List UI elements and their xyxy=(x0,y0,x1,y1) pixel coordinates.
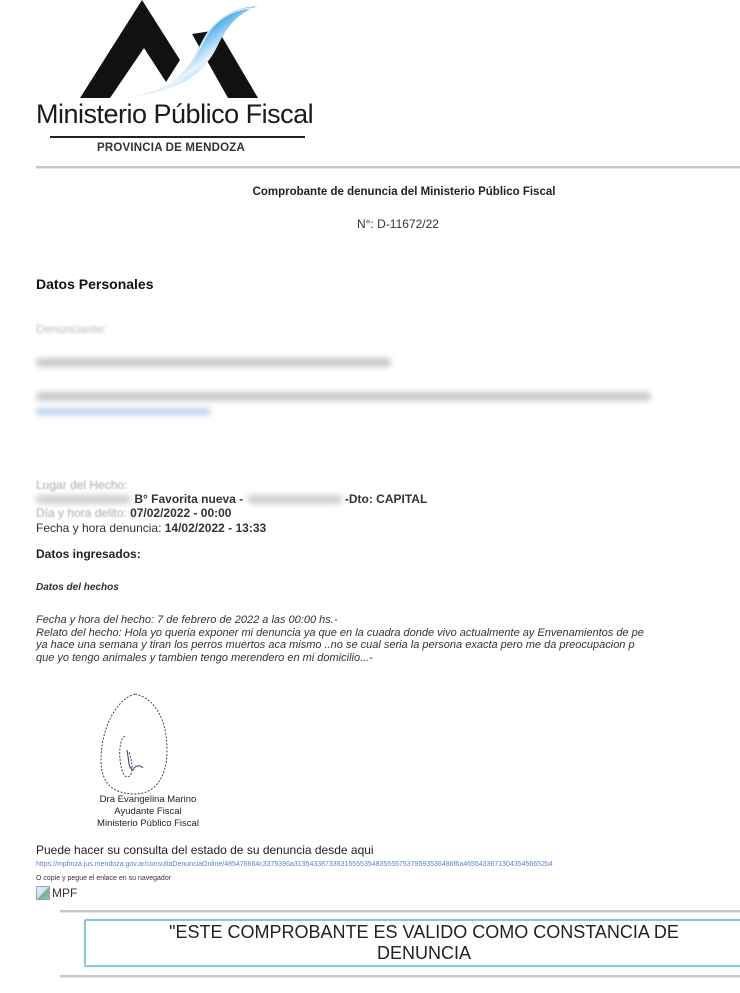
fecha-delito-label: Día y hora delito: xyxy=(36,506,130,520)
fecha-denuncia-label: Fecha y hora denuncia: xyxy=(36,521,165,535)
relato-line: Fecha y hora del hecho: 7 de febrero de … xyxy=(36,614,644,627)
relato-line: que yo tengo animales y tambien tengo me… xyxy=(36,652,644,665)
validity-notice: "ESTE COMPROBANTE ES VALIDO COMO CONSTAN… xyxy=(124,922,724,964)
signer-role: Ayudante Fiscal xyxy=(48,806,248,818)
lugar-departamento: -Dto: CAPITAL xyxy=(345,492,427,506)
fecha-delito-value: 07/02/2022 - 00:00 xyxy=(130,506,231,520)
divider-bottom xyxy=(60,975,740,978)
redacted-denunciante-name xyxy=(36,358,391,367)
datos-hechos-subtitle: Datos del hechos xyxy=(36,582,119,593)
logo-title: Ministerio Público Fiscal xyxy=(36,99,313,130)
signature-icon xyxy=(95,690,175,800)
broken-image-icon xyxy=(36,886,50,900)
lugar-hecho-label: Lugar del Hecho: xyxy=(36,478,127,492)
section-datos-personales: Datos Personales xyxy=(36,276,154,292)
signer-org: Ministerio Público Fiscal xyxy=(48,818,248,830)
datos-ingresados-title: Datos ingresados: xyxy=(36,547,141,561)
logo-underline xyxy=(50,136,305,138)
signature-block: Dra Evangelina Marino Ayudante Fiscal Mi… xyxy=(48,794,248,830)
mpf-image-alt: MPF xyxy=(52,886,77,900)
mpf-broken-image: MPF xyxy=(36,886,77,900)
mpf-logo-mark xyxy=(80,0,280,100)
fecha-delito: Día y hora delito: 07/02/2022 - 00:00 xyxy=(36,506,231,520)
logo-subtitle: PROVINCIA DE MENDOZA xyxy=(97,142,245,154)
consulta-label: Puede hacer su consulta del estado de su… xyxy=(36,843,374,857)
divider-top xyxy=(36,166,740,169)
document-title: Comprobante de denuncia del Ministerio P… xyxy=(0,186,740,198)
redacted-denunciante-email-link xyxy=(36,408,211,415)
signer-name: Dra Evangelina Marino xyxy=(48,794,248,806)
redacted-denunciante-address xyxy=(36,392,651,401)
relato-hecho: Fecha y hora del hecho: 7 de febrero de … xyxy=(36,614,644,664)
lugar-barrio: B° Favorita nueva - xyxy=(134,492,243,506)
fecha-denuncia: Fecha y hora denuncia: 14/02/2022 - 13:3… xyxy=(36,521,266,535)
lugar-hecho-value: B° Favorita nueva - -Dto: CAPITAL xyxy=(36,492,427,506)
redacted-street xyxy=(36,495,131,504)
copy-hint: O copie y pegue el enlace en su navegado… xyxy=(36,875,171,882)
consulta-link[interactable]: https://mpfmza.jus.mendoza.gov.ar/consul… xyxy=(36,861,553,868)
redacted-postal xyxy=(247,495,342,504)
fecha-denuncia-value: 14/02/2022 - 13:33 xyxy=(165,521,266,535)
denunciante-label: Denunciante: xyxy=(36,322,107,336)
divider-middle xyxy=(60,910,740,913)
relato-line: Relato del hecho: Hola yo queria exponer… xyxy=(36,627,644,640)
relato-line: ya hace una semana y tiran los perros mu… xyxy=(36,639,644,652)
document-number: N°: D-11672/22 xyxy=(0,217,740,231)
